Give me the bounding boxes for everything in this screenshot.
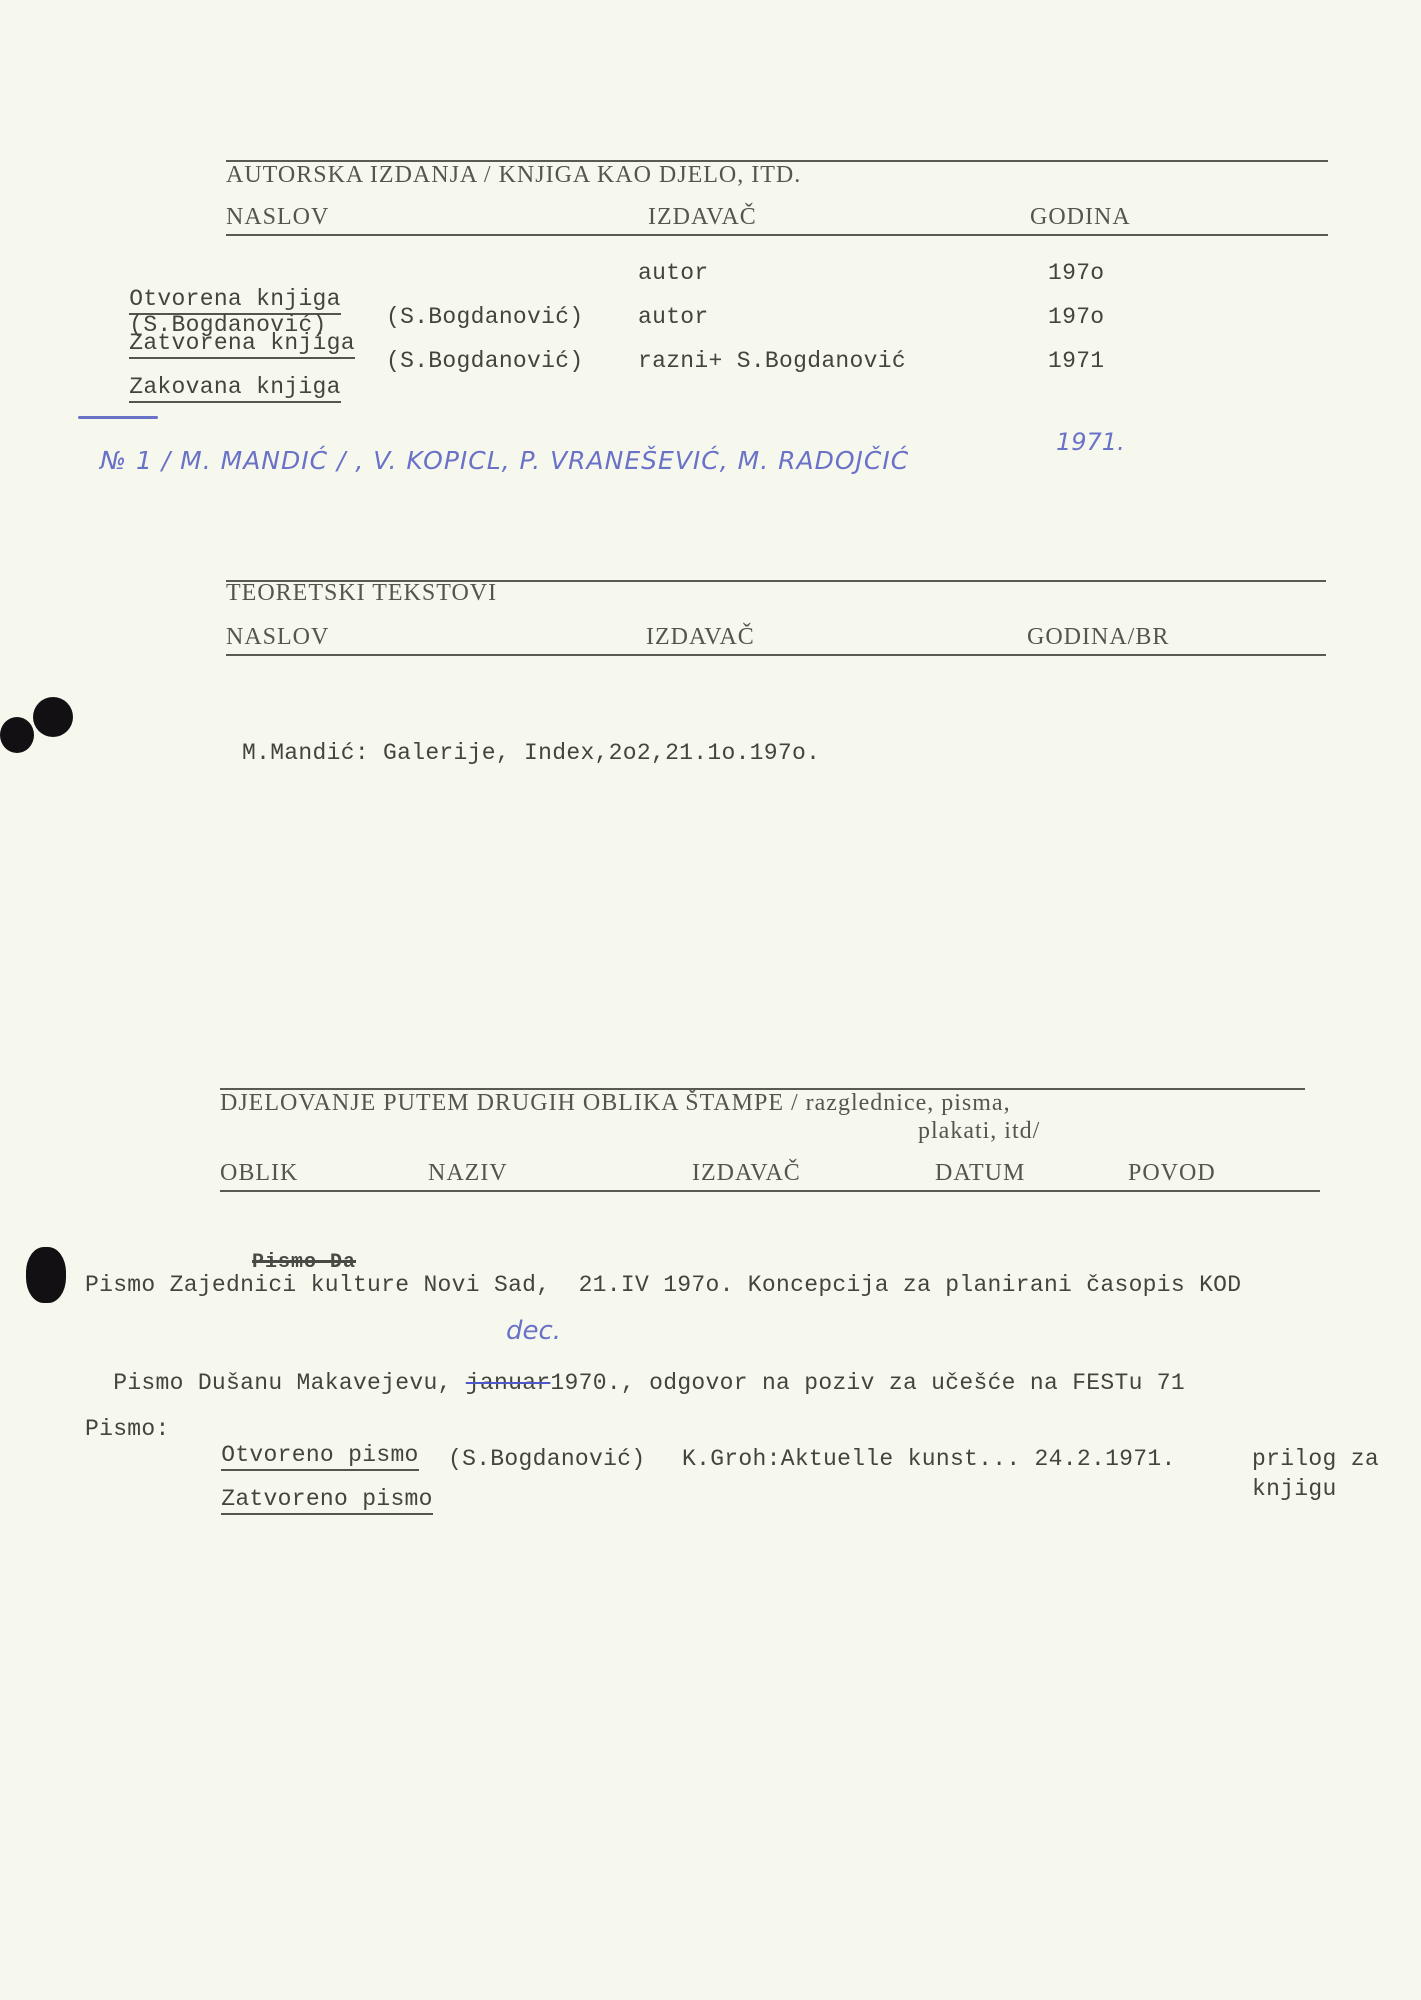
section3-col-datum: DATUM <box>935 1160 1025 1187</box>
book-publisher: autor <box>638 304 709 330</box>
letter-entry-3-label: Pismo: <box>85 1416 170 1442</box>
letter-entry-3-note-line1: prilog za <box>1252 1446 1379 1472</box>
theoretical-text-entry: M.Mandić: Galerije, Index,2o2,21.1o.197o… <box>242 740 820 766</box>
section2-col-naslov: NASLOV <box>226 624 329 651</box>
section1-col-izdavac: IZDAVAČ <box>648 204 757 231</box>
letter-2-struck-month: januar <box>466 1370 551 1396</box>
letter-entry-2: Pismo Dušanu Makavejevu, januar1970., od… <box>85 1344 1185 1396</box>
closed-letter-title: Zatvoreno pismo <box>221 1486 433 1515</box>
ink-blot <box>33 697 73 737</box>
struck-out-xx: Pismo Da <box>252 1251 356 1274</box>
section3-col-izdavac: IZDAVAČ <box>692 1160 801 1187</box>
handwritten-note: № 1 / M. MANDIĆ / , V. KOPICL, P. VRANEŠ… <box>100 446 909 475</box>
handwritten-dash <box>78 416 158 419</box>
section3-header-rule <box>220 1190 1320 1192</box>
letter-entry-3-item2: Zatvoreno pismo <box>193 1460 433 1512</box>
book-author: (S.Bogdanović) <box>386 304 583 330</box>
letter-2-year: 1970. <box>550 1370 621 1396</box>
book-title: Zakovana knjiga <box>129 374 341 403</box>
book-year: 197o <box>1048 260 1104 286</box>
section1-header-rule <box>226 234 1328 236</box>
book-year: 197o <box>1048 304 1104 330</box>
book-publisher: razni+ S.Bogdanović <box>638 348 906 374</box>
letter-entry-3-note-line2: knjigu <box>1252 1476 1337 1502</box>
section2-header-rule <box>226 654 1326 656</box>
letter-2-prefix: Pismo Dušanu Makavejevu, <box>113 1370 466 1396</box>
book-author: (S.Bogdanović) <box>386 348 583 374</box>
ink-blot <box>0 717 34 753</box>
letter-entry-3-author: (S.Bogdanović) <box>448 1446 645 1472</box>
letter-entry-1: Pismo Zajednici kulture Novi Sad, 21.IV … <box>85 1272 1241 1298</box>
book-row: Zakovana knjiga <box>101 348 341 400</box>
handwritten-correction: dec. <box>506 1316 561 1346</box>
section3-col-naziv: NAZIV <box>428 1160 508 1187</box>
section1-col-naslov: NASLOV <box>226 204 329 231</box>
section1-title: AUTORSKA IZDANJA / KNJIGA KAO DJELO, ITD… <box>226 162 801 189</box>
handwritten-year: 1971. <box>1056 428 1125 456</box>
letter-2-rest: , odgovor na poziv za učešće na FESTu 71 <box>621 1370 1185 1396</box>
struck-out-text: Pismo Da <box>226 1228 356 1274</box>
section3-col-oblik: OBLIK <box>220 1160 298 1187</box>
book-publisher: autor <box>638 260 709 286</box>
section2-title: TEORETSKI TEKSTOVI <box>226 580 497 607</box>
section3-col-povod: POVOD <box>1128 1160 1216 1187</box>
section2-col-godina: GODINA/BR <box>1027 624 1169 651</box>
letter-entry-3-reference: K.Groh:Aktuelle kunst... 24.2.1971. <box>682 1446 1176 1472</box>
section2-col-izdavac: IZDAVAČ <box>646 624 755 651</box>
book-year: 1971 <box>1048 348 1104 374</box>
section1-col-godina: GODINA <box>1030 204 1131 231</box>
ink-blot <box>26 1247 66 1303</box>
section3-title-line1: DJELOVANJE PUTEM DRUGIH OBLIKA ŠTAMPE / … <box>220 1090 1011 1117</box>
section3-title-line2: plakati, itd/ <box>918 1118 1040 1145</box>
